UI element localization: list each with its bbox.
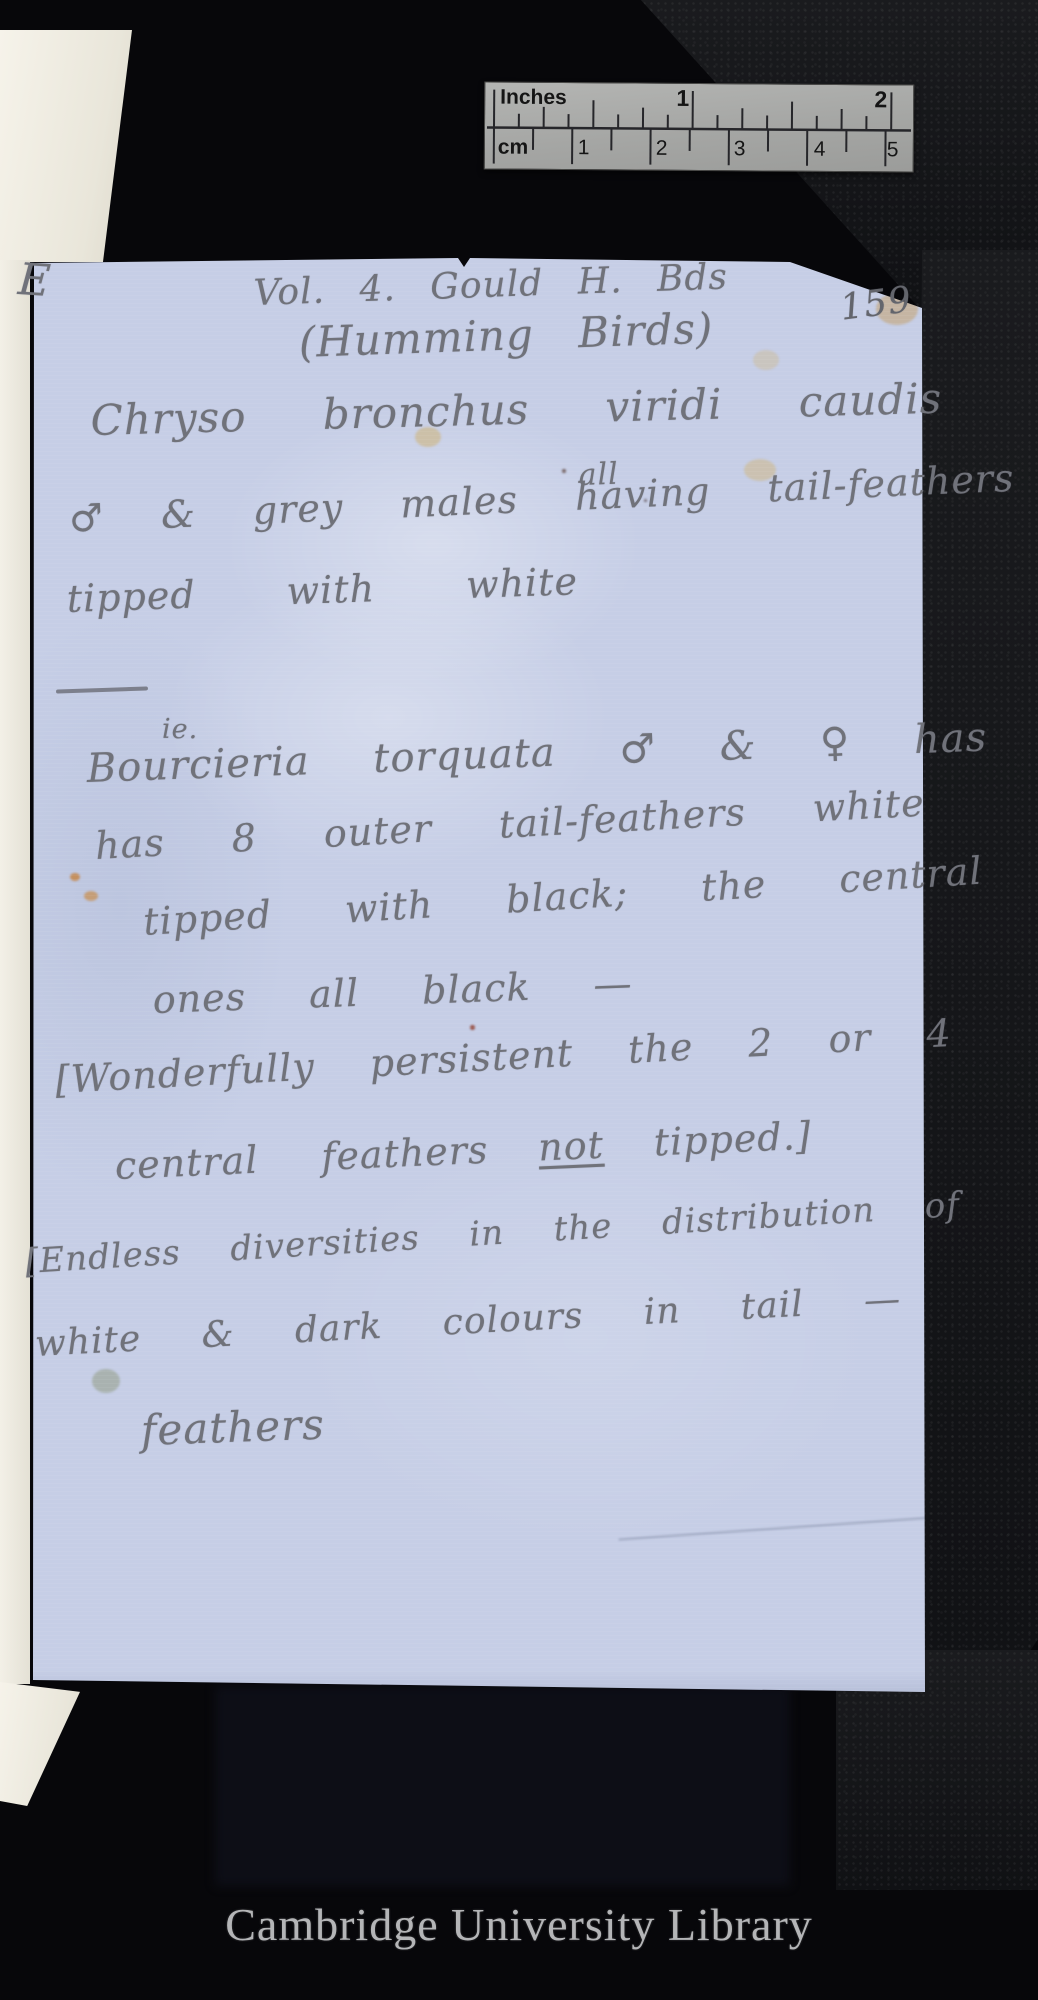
handwriting-insert-ie: ie. xyxy=(162,714,198,745)
margin-mark: E xyxy=(16,254,53,307)
handwriting-underlined-not: not xyxy=(537,1123,604,1170)
ruler-inch-number-1: 1 xyxy=(669,85,689,112)
paper-stain xyxy=(84,891,98,901)
paper-stain xyxy=(470,1025,475,1030)
ruler-inches-label: Inches xyxy=(500,86,567,110)
ruler-cm-number-1: 1 xyxy=(578,136,590,160)
ruler-cm-number-5: 5 xyxy=(887,138,899,162)
paper-stain xyxy=(92,1369,120,1393)
ruler-inch-number-2: 2 xyxy=(867,86,887,113)
book-page-edge-strip xyxy=(0,260,30,1684)
ruler-cm-label: cm xyxy=(498,136,529,160)
handwriting-line: feathers xyxy=(140,1400,325,1455)
black-cloth-under-page xyxy=(215,1686,790,1886)
book-page-edge-top xyxy=(0,30,132,262)
ruler-cm-number-2: 2 xyxy=(656,137,668,161)
book-page-edge-bottom xyxy=(0,1682,80,1806)
paper-stain xyxy=(562,469,566,473)
page-number: 159 xyxy=(838,279,914,328)
manuscript-scan: Inches 1 2 cm 1 2 3 4 5 Vol. 4. Gould H.… xyxy=(0,0,1038,2000)
paper-stain xyxy=(70,873,80,881)
library-caption: Cambridge University Library xyxy=(0,1898,1038,1951)
handwriting-segment: tipped.] xyxy=(653,1114,813,1165)
scale-ruler: Inches 1 2 cm 1 2 3 4 5 xyxy=(484,82,915,173)
paper-stain xyxy=(753,350,779,370)
ruler-cm-number-4: 4 xyxy=(814,138,826,162)
ruler-cm-number-3: 3 xyxy=(734,137,746,161)
paper-crease xyxy=(618,1515,949,1540)
